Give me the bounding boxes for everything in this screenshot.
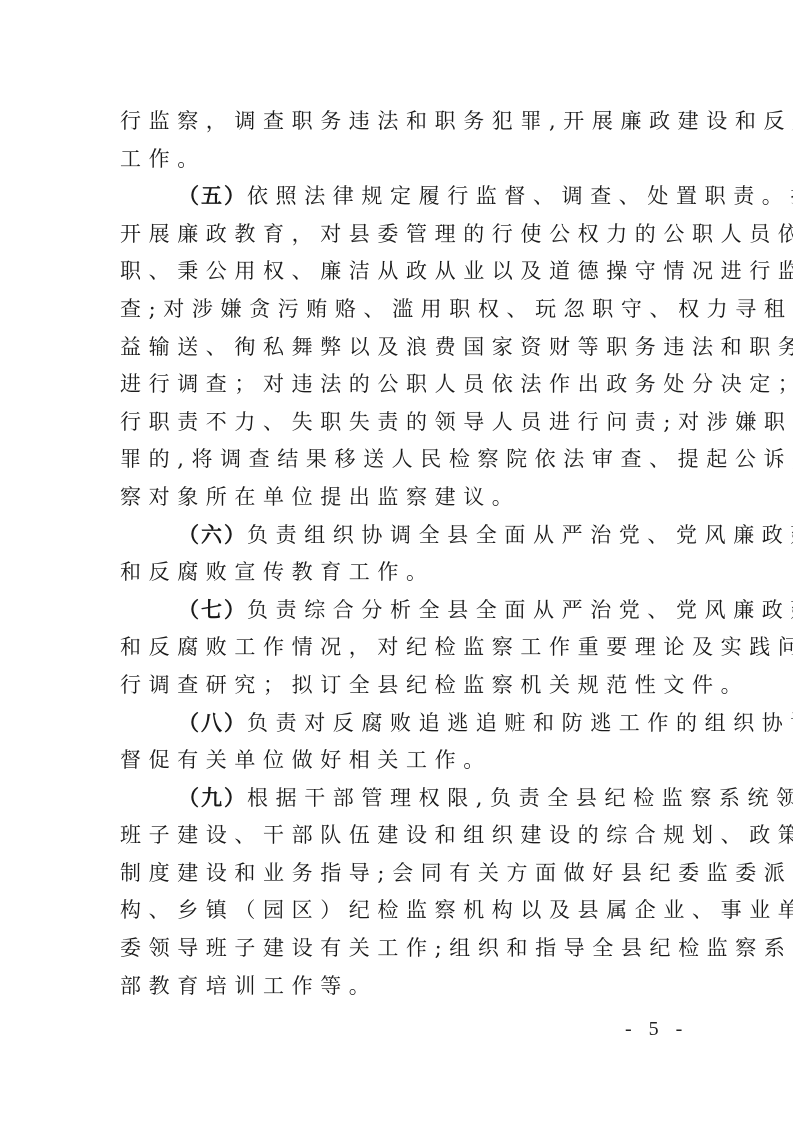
- item-number: （五）: [178, 184, 247, 208]
- text-line: 行调查研究；拟订全县纪检监察机关规范性文件。: [120, 667, 676, 705]
- text-line: 依照法律规定履行监督、调查、处置职责。推动: [247, 184, 793, 208]
- text-line: 察对象所在单位提出监察建议。: [120, 479, 676, 517]
- text-line: 和反腐败宣传教育工作。: [120, 554, 676, 592]
- paragraph-6-first-line: （六）负责组织协调全县全面从严治党、党风廉政建设: [120, 517, 676, 555]
- text-line: 督促有关单位做好相关工作。: [120, 742, 676, 780]
- text-line: 益输送、徇私舞弊以及浪费国家资财等职务违法和职务犯罪: [120, 329, 676, 367]
- text-line: 查;对涉嫌贪污贿赂、滥用职权、玩忽职守、权力寻租、利: [120, 291, 676, 329]
- document-page: 行监察，调查职务违法和职务犯罪,开展廉政建设和反腐败 工作。 （五）依照法律规定…: [0, 0, 793, 1122]
- text-line: 行职责不力、失职失责的领导人员进行问责;对涉嫌职务犯: [120, 404, 676, 442]
- item-number: （八）: [178, 711, 247, 735]
- text-line: 制度建设和业务指导;会同有关方面做好县纪委监委派驻机: [120, 855, 676, 893]
- paragraph-9-first-line: （九）根据干部管理权限,负责全县纪检监察系统领导: [120, 780, 676, 818]
- page-number: - 5 -: [625, 1018, 688, 1041]
- paragraph-8-first-line: （八）负责对反腐败追逃追赃和防逃工作的组织协调，: [120, 705, 676, 743]
- text-line: 进行调查；对违法的公职人员依法作出政务处分决定；对履: [120, 366, 676, 404]
- text-line: 负责对反腐败追逃追赃和防逃工作的组织协调，: [247, 711, 793, 735]
- item-number: （六）: [178, 523, 247, 547]
- text-line: 负责组织协调全县全面从严治党、党风廉政建设: [247, 523, 793, 547]
- paragraph-5-first-line: （五）依照法律规定履行监督、调查、处置职责。推动: [120, 178, 676, 216]
- text-line: 根据干部管理权限,负责全县纪检监察系统领导: [247, 786, 793, 810]
- text-line: 构、乡镇（园区）纪检监察机构以及县属企业、事业单位纪: [120, 892, 676, 930]
- text-line: 委领导班子建设有关工作;组织和指导全县纪检监察系统干: [120, 930, 676, 968]
- text-line: 和反腐败工作情况，对纪检监察工作重要理论及实践问题进: [120, 629, 676, 667]
- paragraph-7-first-line: （七）负责综合分析全县全面从严治党、党风廉政建设: [120, 592, 676, 630]
- text-line: 部教育培训工作等。: [120, 968, 676, 1006]
- text-line: 开展廉政教育，对县委管理的行使公权力的公职人员依法履: [120, 216, 676, 254]
- text-line: 行监察，调查职务违法和职务犯罪,开展廉政建设和反腐败: [120, 103, 676, 141]
- text-line: 罪的,将调查结果移送人民检察院依法审查、提起公诉;向监: [120, 441, 676, 479]
- text-line: 工作。: [120, 141, 676, 179]
- item-number: （七）: [178, 598, 247, 622]
- text-line: 负责综合分析全县全面从严治党、党风廉政建设: [247, 598, 793, 622]
- text-line: 班子建设、干部队伍建设和组织建设的综合规划、政策研究、: [120, 817, 676, 855]
- item-number: （九）: [178, 786, 247, 810]
- text-line: 职、秉公用权、廉洁从政从业以及道德操守情况进行监督检: [120, 253, 676, 291]
- document-body: 行监察，调查职务违法和职务犯罪,开展廉政建设和反腐败 工作。 （五）依照法律规定…: [120, 103, 676, 1005]
